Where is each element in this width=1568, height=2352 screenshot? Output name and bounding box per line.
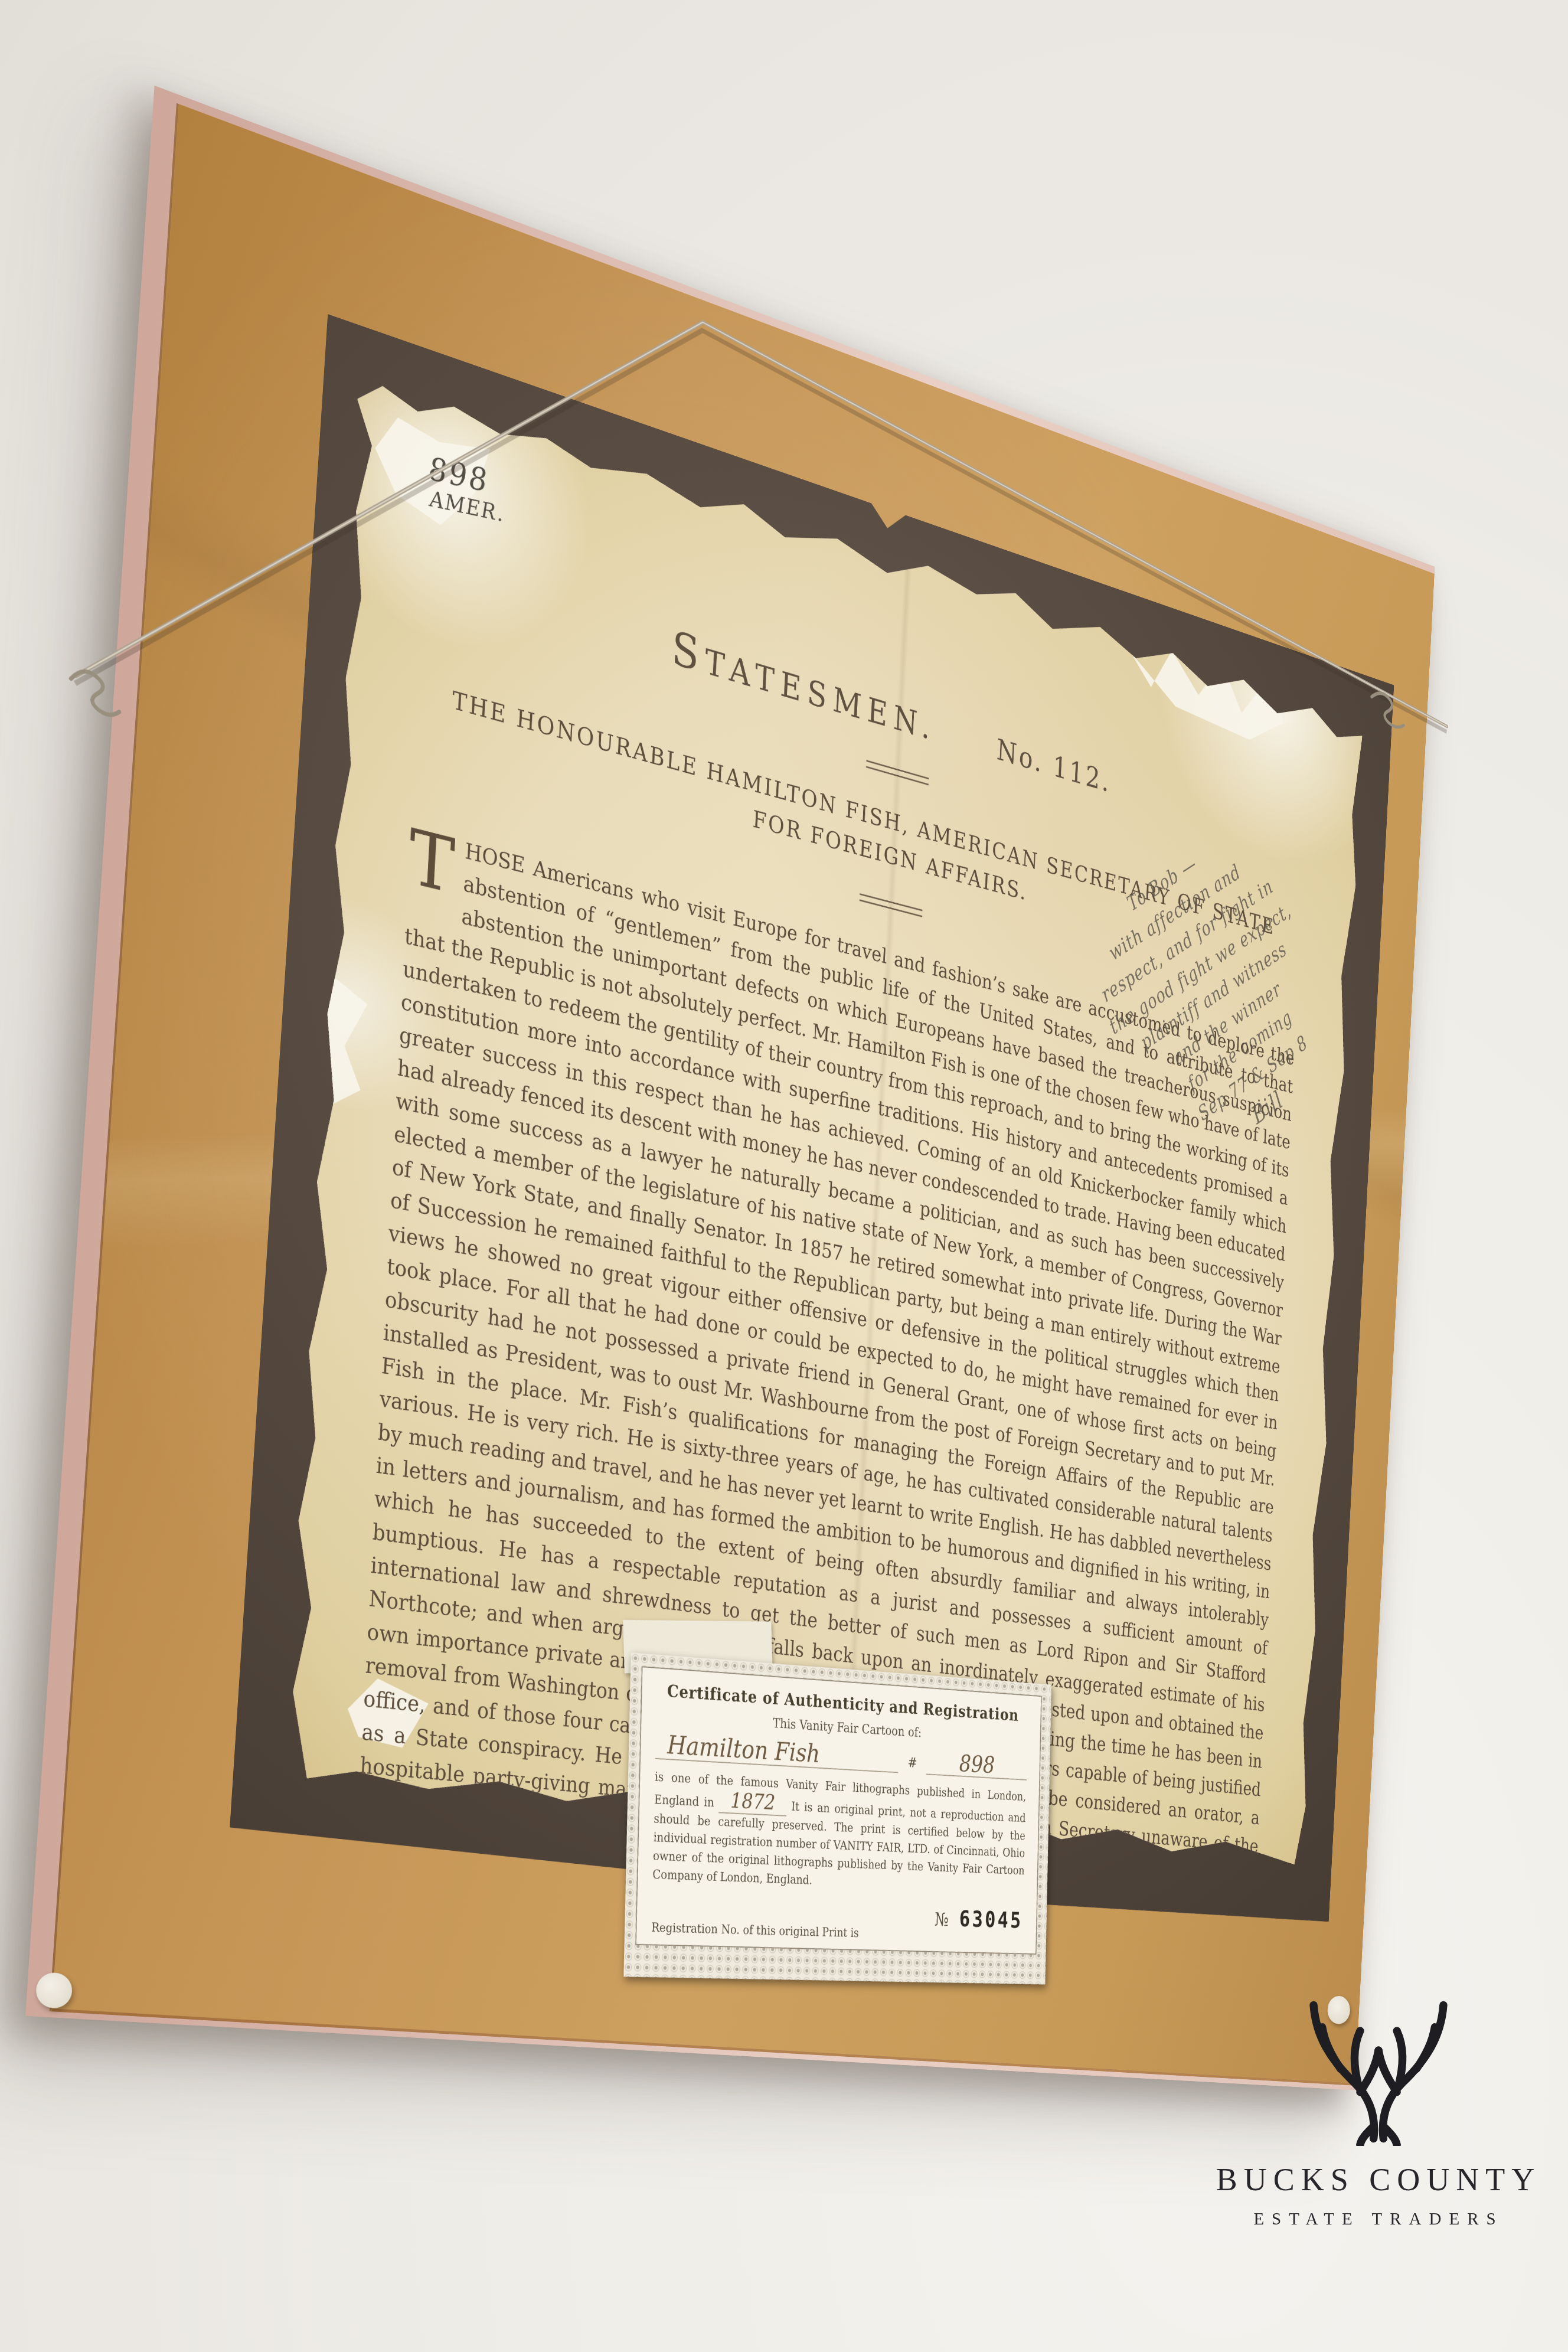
photo-background: 898 AMER. STATESMEN. No. 112. THE HONOUR… (0, 0, 1568, 2352)
hanging-wire (25, 86, 1435, 2090)
antlers-icon (1255, 1981, 1502, 2146)
wire-line (76, 104, 1453, 1048)
wire-shadow (75, 113, 1453, 1054)
watermark-title: BUCKS COUNTY (1198, 2161, 1559, 2198)
dealer-watermark: BUCKS COUNTY ESTATE TRADERS (1198, 1981, 1559, 2229)
wire-coil-left (69, 668, 121, 718)
frame-back: 898 AMER. STATESMEN. No. 112. THE HONOUR… (25, 86, 1435, 2090)
antler-left (1314, 2005, 1378, 2144)
watermark-subtitle: ESTATE TRADERS (1198, 2210, 1559, 2229)
wire-coil-right (1370, 690, 1404, 730)
wire-highlight (76, 104, 1453, 1048)
antler-right (1378, 2005, 1443, 2144)
